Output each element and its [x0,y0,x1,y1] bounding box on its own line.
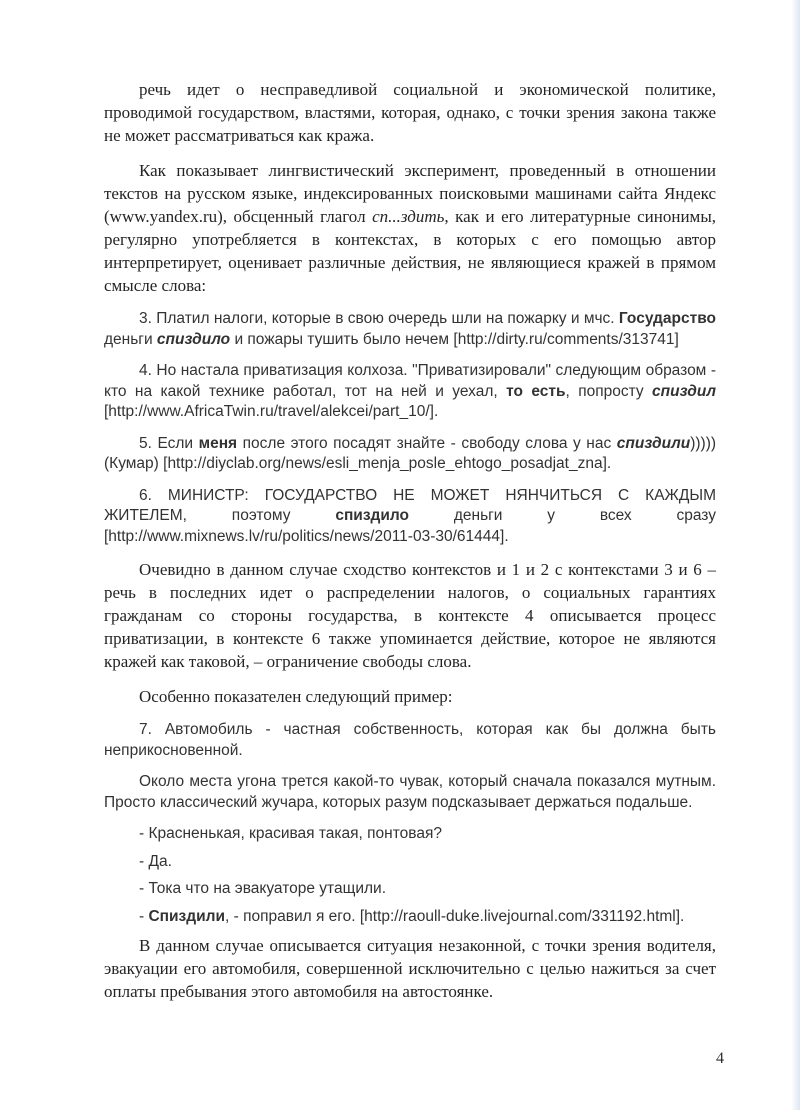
emphasis-bold-italic: спиздил [652,383,716,400]
example-quote-continuation: Около места угона трется какой-то чувак,… [104,772,716,813]
example-quote-4: 4. Но настала приватизация колхоза. "При… [104,361,716,423]
dialogue-line: - Тока что на эвакуаторе утащили. [104,879,716,900]
text-run: Около места угона трется какой-то чувак,… [104,773,716,811]
text-run: речь идет о несправедливой социальной и … [104,80,716,145]
text-run: и пожары тушить было нечем [http://dirty… [230,331,679,348]
page-number: 4 [716,1050,724,1068]
emphasis-bold: то есть [506,383,565,400]
emphasis-bold: Спиздили [148,908,225,925]
emphasis-bold-italic: спиздило [157,331,230,348]
dialogue-line: - Спиздили, - поправил я его. [http://ra… [104,907,716,928]
example-quote-5: 5. Если меня после этого посадят знайте … [104,434,716,475]
example-quote-3: 3. Платил налоги, которые в свою очередь… [104,309,716,350]
paragraph-body: Как показывает лингвистический экспериме… [104,159,716,297]
dialogue-line: - Красненькая, красивая такая, понтовая? [104,824,716,845]
scanned-document-page: речь идет о несправедливой социальной и … [0,0,800,1110]
text-run: Очевидно в данном случае сходство контек… [104,560,716,671]
emphasis-bold: меня [199,435,238,452]
text-run: В данном случае описывается ситуация нез… [104,936,716,1001]
text-run: деньги [104,331,157,348]
text-run: - Красненькая, красивая такая, понтовая? [139,825,442,842]
dialogue-line: - Да. [104,852,716,873]
text-run: 5. Если [139,435,199,452]
text-run: после этого посадят знайте - свободу сло… [237,435,617,452]
emphasis-bold: спиздило [335,507,409,524]
paragraph-body: Особенно показателен следующий пример: [104,685,716,708]
paragraph-body: Очевидно в данном случае сходство контек… [104,558,716,673]
text-run: , - поправил я его. [http://raoull-duke.… [225,908,684,925]
example-quote-6: 6. МИНИСТР: ГОСУДАРСТВО НЕ МОЖЕТ НЯНЧИТЬ… [104,486,716,548]
emphasis-bold: Государство [619,310,716,327]
paragraph-body: В данном случае описывается ситуация нез… [104,934,716,1003]
text-run: - Да. [139,853,172,870]
text-run: [http://www.AfricaTwin.ru/travel/alekcei… [104,403,438,420]
text-run: 7. Автомобиль - частная собственность, к… [104,721,716,759]
emphasis-bold-italic: спиздили [617,435,690,452]
paragraph-body: речь идет о несправедливой социальной и … [104,78,716,147]
text-run: Особенно показателен следующий пример: [139,687,453,706]
scan-edge-shadow [791,0,800,1110]
example-quote-7: 7. Автомобиль - частная собственность, к… [104,720,716,761]
text-run: 3. Платил налоги, которые в свою очередь… [139,310,619,327]
emphasis-italic: сп...здить [372,207,444,226]
text-run: , попросту [566,383,653,400]
text-run: - Тока что на эвакуаторе утащили. [139,880,386,897]
